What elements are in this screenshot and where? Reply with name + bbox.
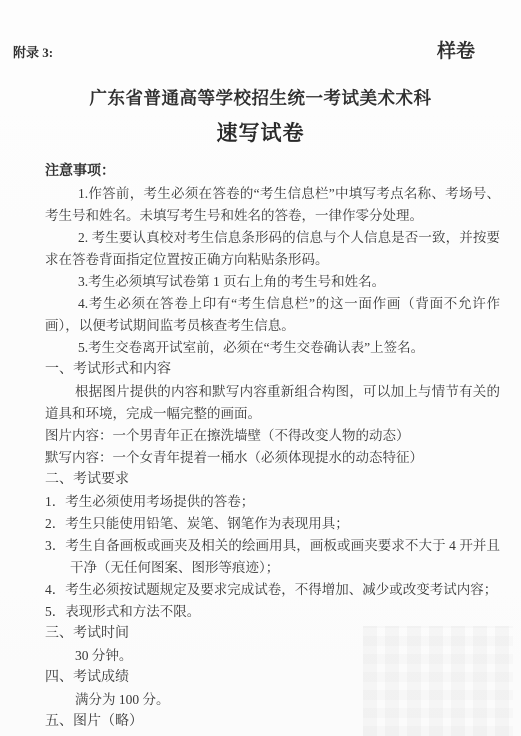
exam-paper-page: 附录 3: 样卷 广东省普通高等学校招生统一考试美术术科 速写试卷 注意事项： … bbox=[0, 0, 521, 736]
section-5-heading: 五、图片（略） bbox=[45, 711, 500, 733]
notice-heading: 注意事项： bbox=[45, 161, 500, 183]
section-2-item-2: 2．考生只能使用铅笔、炭笔、钢笔作为表现用具； bbox=[45, 513, 500, 535]
notice-item-3: 3.考生必须填写试卷第 1 页右上角的考生号和姓名。 bbox=[45, 271, 500, 293]
notice-item-5: 5.考生交卷离开试室前，必须在“考生交卷确认表”上签名。 bbox=[45, 337, 500, 359]
header-row: 附录 3: 样卷 bbox=[0, 0, 521, 63]
section-1-paragraph: 根据图片提供的内容和默写内容重新组合构图，可以加上与情节有关的道具和环境，完成一… bbox=[45, 381, 500, 425]
section-2-item-4: 4．考生必须按试题规定及要求完成试卷，不得增加、减少或改变考试内容； bbox=[45, 579, 500, 601]
section-2-item-5: 5．表现形式和方法不限。 bbox=[45, 601, 500, 623]
section-2-item-3: 3．考生自备画板或画夹及相关的绘画用具，画板或画夹要求不大于 4 开并且干净（无… bbox=[45, 535, 500, 579]
document-title: 广东省普通高等学校招生统一考试美术术科 bbox=[0, 85, 521, 110]
document-subtitle: 速写试卷 bbox=[0, 117, 521, 147]
section-4-heading: 四、考试成绩 bbox=[45, 667, 500, 689]
section-3-duration: 30 分钟。 bbox=[45, 645, 500, 667]
section-1-recite-content: 默写内容：一个女青年提着一桶水（必须体现提水的动态特征） bbox=[45, 447, 500, 469]
document-body: 注意事项： 1.作答前，考生必须在答卷的“考生信息栏”中填写考点名称、考场号、考… bbox=[45, 161, 500, 733]
section-2-item-1: 1．考生必须使用考场提供的答卷； bbox=[45, 491, 500, 513]
section-1-picture-content: 图片内容：一个男青年正在擦洗墙壁（不得改变人物的动态） bbox=[45, 425, 500, 447]
notice-item-2: 2. 考生要认真校对考生信息条形码的信息与个人信息是否一致，并按要求在答卷背面指… bbox=[45, 227, 500, 271]
section-3-heading: 三、考试时间 bbox=[45, 623, 500, 645]
appendix-label: 附录 3: bbox=[13, 42, 53, 61]
section-4-score: 满分为 100 分。 bbox=[45, 689, 500, 711]
notice-item-1: 1.作答前，考生必须在答卷的“考生信息栏”中填写考点名称、考场号、考生号和姓名。… bbox=[45, 183, 500, 227]
section-1-heading: 一、考试形式和内容 bbox=[45, 359, 500, 381]
section-2-heading: 二、考试要求 bbox=[45, 469, 500, 491]
sample-paper-label: 样卷 bbox=[437, 36, 475, 63]
notice-item-4: 4.考生必须在答卷上印有“考生信息栏”的这一面作画（背面不允许作画），以便考试期… bbox=[45, 293, 500, 337]
